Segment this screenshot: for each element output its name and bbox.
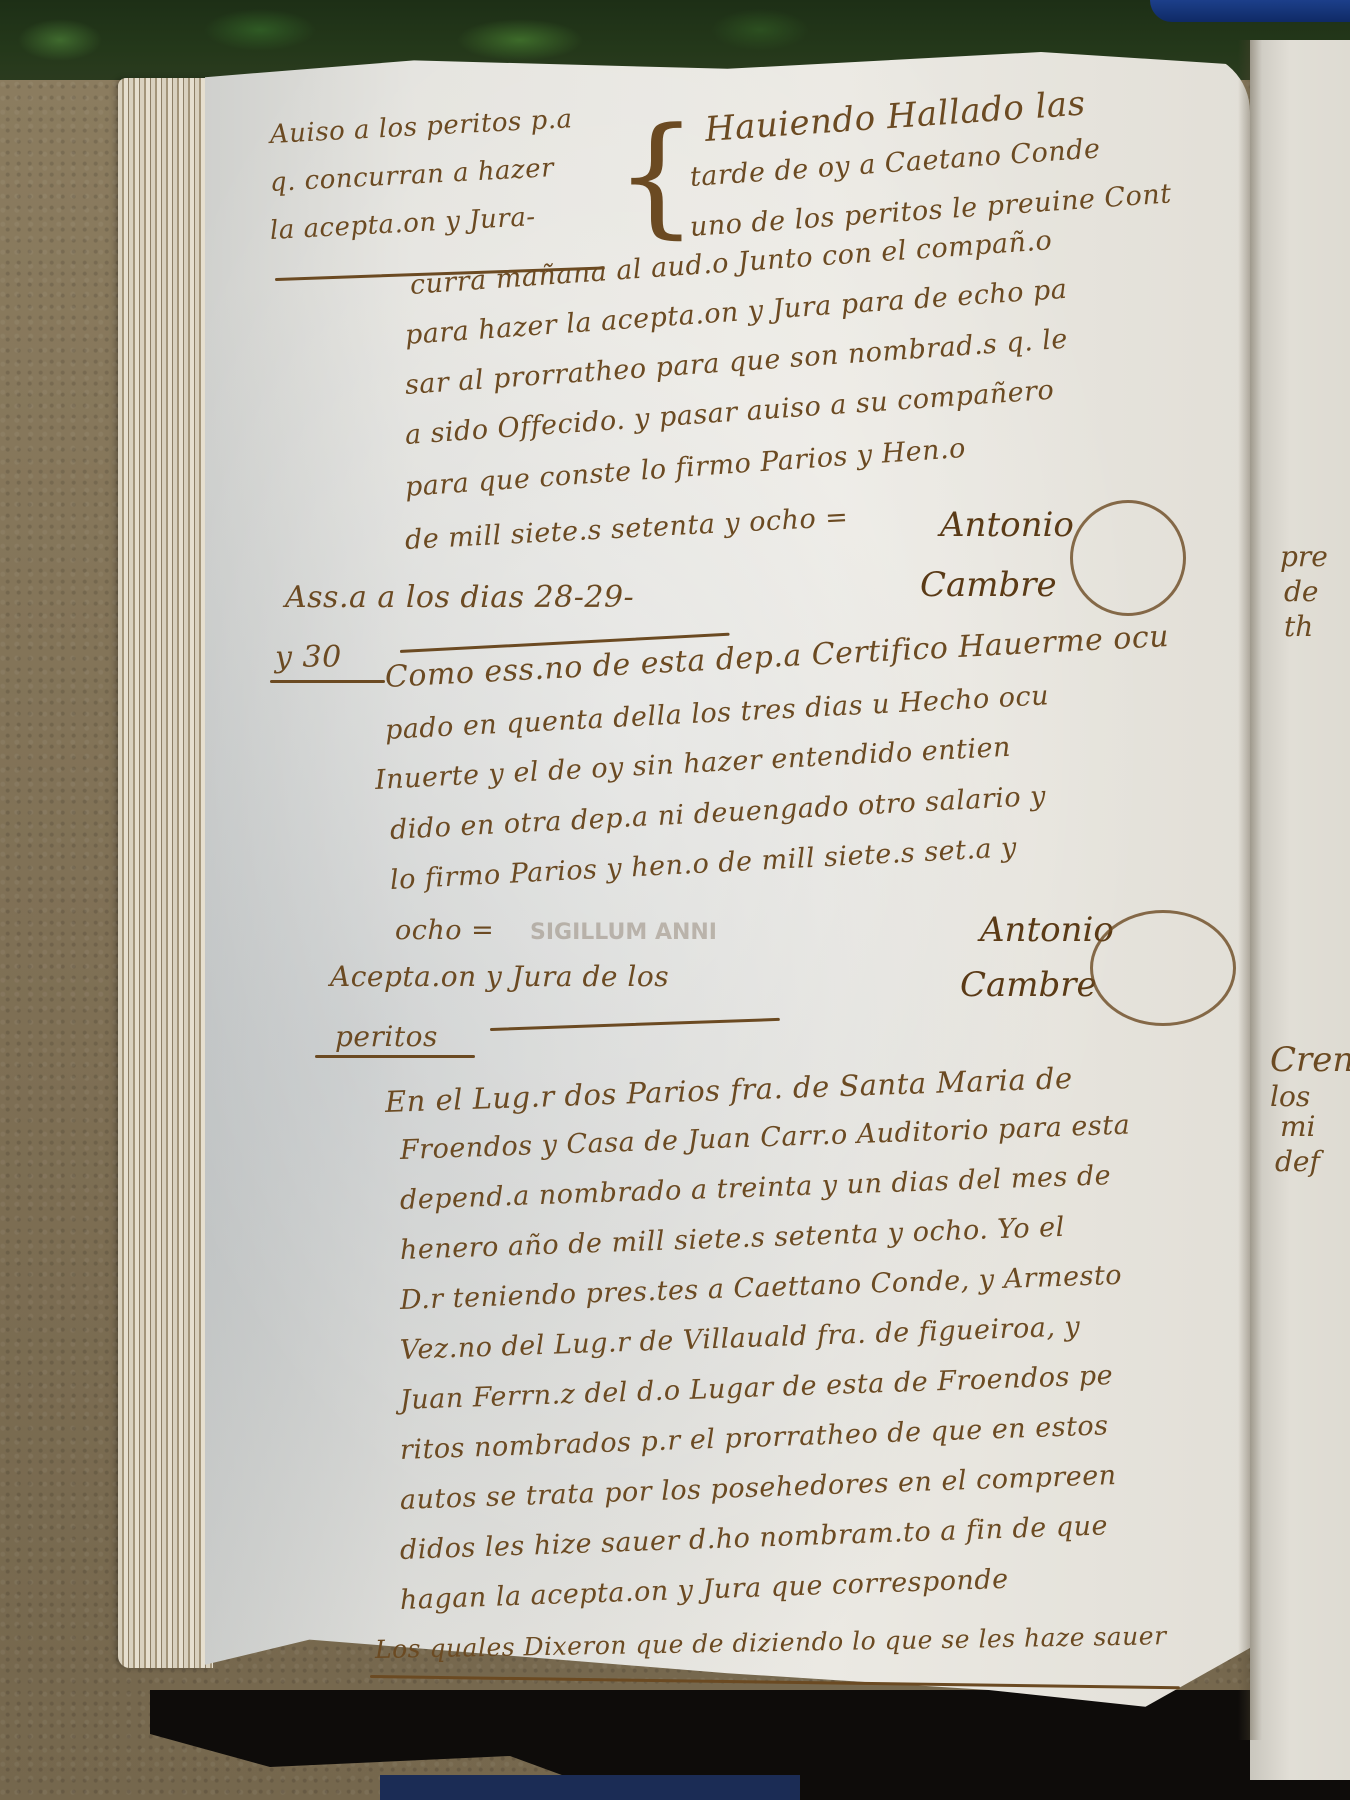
facing-fragment: def: [1275, 1145, 1320, 1178]
blue-cloth: [1150, 0, 1350, 22]
facing-fragment: los: [1270, 1080, 1310, 1113]
margin-note-line: Acepta.on y Jura de los: [330, 960, 669, 993]
signature-surname: Cambre: [920, 565, 1057, 605]
signature-flourish: [1070, 500, 1186, 616]
underline: [270, 680, 385, 683]
signature-first-name: Antonio: [940, 505, 1074, 545]
margin-note-line: Ass.a a los dias 28-29-: [285, 580, 634, 615]
facing-fragment: de: [1284, 575, 1319, 608]
margin-note-line: y 30: [275, 640, 342, 675]
margin-note-line: peritos: [335, 1020, 438, 1053]
facing-page: pre de th Cren los mi def: [1250, 40, 1350, 1780]
book-gutter: [1238, 40, 1262, 1740]
signature-first-name: Antonio: [980, 910, 1114, 950]
signature-flourish: [1090, 910, 1236, 1026]
signature-surname: Cambre: [960, 965, 1097, 1005]
blue-cloth-bottom: [380, 1775, 800, 1800]
facing-fragment: mi: [1280, 1110, 1316, 1143]
facing-fragment: Cren: [1270, 1040, 1350, 1080]
page-edges-stack: [118, 78, 213, 1668]
brace-mark: {: [615, 110, 698, 240]
underline: [315, 1055, 475, 1058]
faded-stamp: SIGILLUM ANNI: [530, 920, 717, 945]
facing-fragment: th: [1284, 610, 1313, 643]
body-line: ocho =: [395, 915, 494, 946]
facing-fragment: pre: [1280, 540, 1328, 573]
